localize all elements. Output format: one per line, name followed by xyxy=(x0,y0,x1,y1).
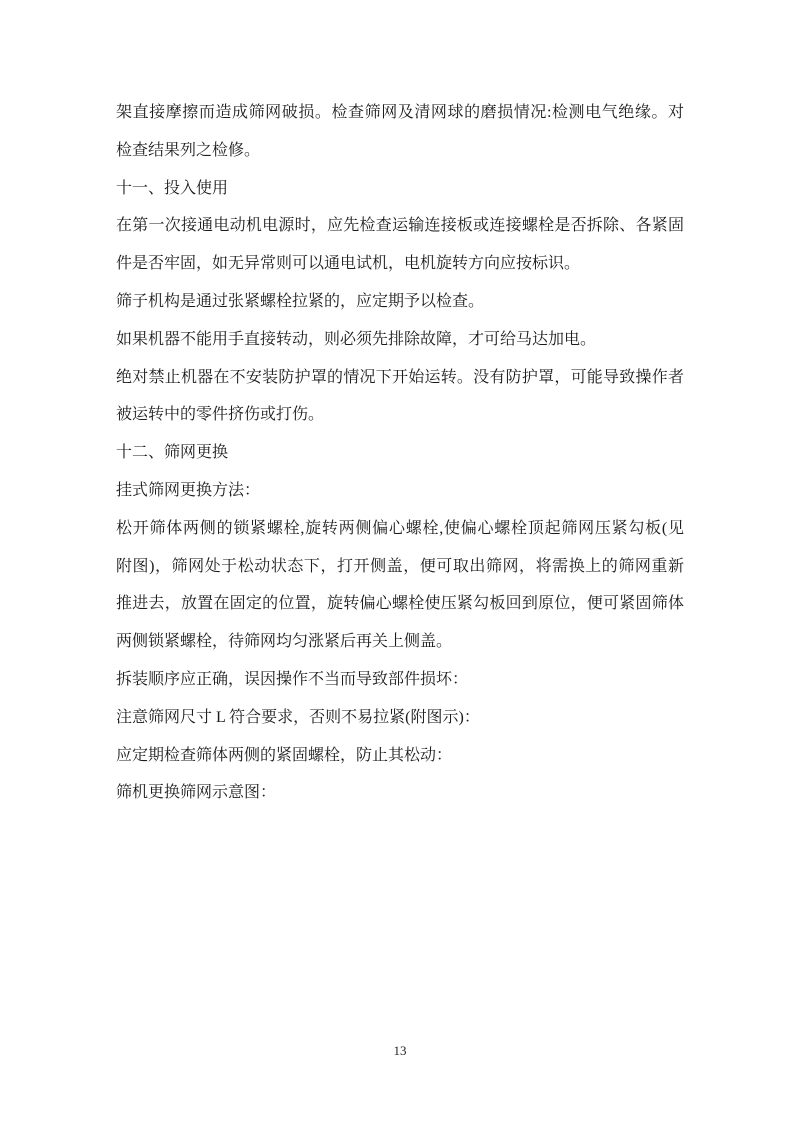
paragraph: 绝对禁止机器在不安装防护罩的情况下开始运转。没有防护罩，可能导致操作者 被运转中… xyxy=(116,359,684,435)
text-line: 被运转中的零件挤伤或打伤。 xyxy=(116,396,684,434)
text-line: 件是否牢固，如无异常则可以通电试机，电机旋转方向应按标识。 xyxy=(116,245,684,283)
text-line: 检查结果列之检修。 xyxy=(116,132,684,170)
paragraph: 松开筛体两侧的锁紧螺栓,旋转两侧偏心螺栓,使偏心螺栓顶起筛网压紧勾板(见 附图)… xyxy=(116,510,684,661)
text-line: 在第一次接通电动机电源时，应先检查运输连接板或连接螺栓是否拆除、各紧固 xyxy=(116,207,684,245)
text-line: 松开筛体两侧的锁紧螺栓,旋转两侧偏心螺栓,使偏心螺栓顶起筛网压紧勾板(见 xyxy=(116,510,684,548)
paragraph: 如果机器不能用手直接转动，则必须先排除故障，才可给马达加电。 xyxy=(116,321,684,359)
section-heading-12: 十二、筛网更换 xyxy=(116,434,684,472)
paragraph: 注意筛网尺寸 L 符合要求，否则不易拉紧(附图示)： xyxy=(116,699,684,737)
paragraph: 在第一次接通电动机电源时，应先检查运输连接板或连接螺栓是否拆除、各紧固 件是否牢… xyxy=(116,207,684,283)
text-line: 附图)，筛网处于松动状态下，打开侧盖，便可取出筛网，将需换上的筛网重新 xyxy=(116,548,684,586)
paragraph: 筛机更换筛网示意图： xyxy=(116,774,684,812)
page-content: 架直接摩擦而造成筛网破损。检查筛网及清网球的磨损情况:检测电气绝缘。对 检查结果… xyxy=(116,94,684,812)
heading-text: 十二、筛网更换 xyxy=(116,434,684,472)
text-line: 挂式筛网更换方法： xyxy=(116,472,684,510)
section-heading-11: 十一、投入使用 xyxy=(116,170,684,208)
text-line: 两侧锁紧螺栓，待筛网均匀涨紧后再关上侧盖。 xyxy=(116,623,684,661)
heading-text: 十一、投入使用 xyxy=(116,170,684,208)
text-line: 架直接摩擦而造成筛网破损。检查筛网及清网球的磨损情况:检测电气绝缘。对 xyxy=(116,94,684,132)
paragraph: 架直接摩擦而造成筛网破损。检查筛网及清网球的磨损情况:检测电气绝缘。对 检查结果… xyxy=(116,94,684,170)
text-line: 筛子机构是通过张紧螺栓拉紧的，应定期予以检查。 xyxy=(116,283,684,321)
text-line: 注意筛网尺寸 L 符合要求，否则不易拉紧(附图示)： xyxy=(116,699,684,737)
paragraph: 挂式筛网更换方法： xyxy=(116,472,684,510)
paragraph: 拆装顺序应正确，误因操作不当而导致部件损坏： xyxy=(116,661,684,699)
text-line: 筛机更换筛网示意图： xyxy=(116,774,684,812)
page-footer: 13 xyxy=(0,1042,800,1060)
document-page: 架直接摩擦而造成筛网破损。检查筛网及清网球的磨损情况:检测电气绝缘。对 检查结果… xyxy=(0,0,800,1131)
text-line: 如果机器不能用手直接转动，则必须先排除故障，才可给马达加电。 xyxy=(116,321,684,359)
paragraph: 应定期检查筛体两侧的紧固螺栓，防止其松动： xyxy=(116,737,684,775)
paragraph: 筛子机构是通过张紧螺栓拉紧的，应定期予以检查。 xyxy=(116,283,684,321)
text-line: 推进去，放置在固定的位置，旋转偏心螺栓使压紧勾板回到原位，便可紧固筛体 xyxy=(116,585,684,623)
page-number: 13 xyxy=(394,1043,407,1058)
text-line: 应定期检查筛体两侧的紧固螺栓，防止其松动： xyxy=(116,737,684,775)
text-line: 拆装顺序应正确，误因操作不当而导致部件损坏： xyxy=(116,661,684,699)
text-line: 绝对禁止机器在不安装防护罩的情况下开始运转。没有防护罩，可能导致操作者 xyxy=(116,359,684,397)
